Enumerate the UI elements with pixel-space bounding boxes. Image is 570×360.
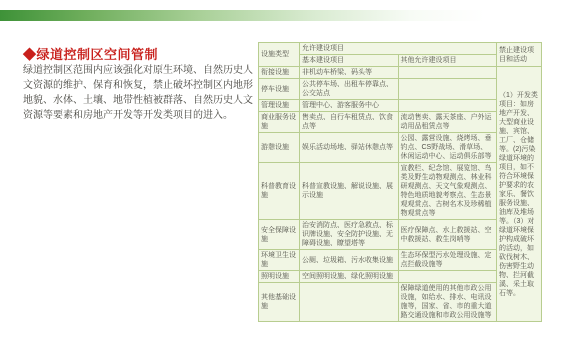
header-facility-type: 设施类型 — [259, 43, 300, 67]
facility-type-cell: 游憩设施 — [259, 133, 300, 163]
basic-projects-cell: 科普宣教设施、解说设施、展示设施 — [300, 163, 399, 220]
other-projects-cell: 流动售卖、露天茶座、户外运动用品租赁点等 — [398, 112, 497, 133]
other-projects-cell — [398, 100, 497, 112]
header-other-projects: 其他允许建设项目 — [398, 55, 497, 67]
section-heading: ◆绿道控制区空间管制 — [23, 44, 158, 63]
facility-type-cell: 商业服务设施 — [259, 112, 300, 133]
other-projects-cell — [398, 271, 497, 283]
facility-type-cell: 其他基础设施 — [259, 283, 300, 322]
intro-paragraph: 绿道控制区范围内应该强化对原生环境、自然历史人文资源的维护、保育和恢复，禁止破坏… — [23, 63, 253, 123]
forbidden-projects-cell: （1）开发类项目：如房地产开发、大型商业设施、宾馆、工厂、仓储等。(2)污染绿道… — [497, 67, 542, 322]
basic-projects-cell: 非机动车桥梁、码头等 — [300, 67, 399, 79]
header-forbidden-projects: 禁止建设项目和活动 — [497, 43, 542, 67]
facility-type-cell: 环境卫生设施 — [259, 250, 300, 271]
basic-projects-cell: 管理中心、游客服务中心 — [300, 100, 399, 112]
basic-projects-cell: 售卖点、自行车租赁点、饮食点等 — [300, 112, 399, 133]
facility-type-cell: 安全保障设施 — [259, 220, 300, 250]
basic-projects-cell: 娱乐活动场地、驿站休憩点等 — [300, 133, 399, 163]
other-projects-cell: 公园、露营设施、烧烤场、垂钓点、CS野战场、滑草场、休闲运动中心、运动俱乐部等 — [398, 133, 497, 163]
document-page: ◆绿道控制区空间管制 绿道控制区范围内应该强化对原生环境、自然历史人文资源的维护… — [0, 0, 570, 360]
other-projects-cell: 医疗保障点、水上救援站、空中救援站、救生岗哨等 — [398, 220, 497, 250]
facility-control-table: 设施类型 允许建设项目 禁止建设项目和活动 基本建设项目 其他允许建设项目 衔接… — [258, 42, 542, 322]
other-projects-cell — [398, 67, 497, 79]
facility-type-cell: 停车设施 — [259, 79, 300, 100]
table-row: 衔接设施 非机动车桥梁、码头等 （1）开发类项目：如房地产开发、大型商业设施、宾… — [259, 67, 542, 79]
basic-projects-cell: 公共停车场、出租车停靠点、公交站点 — [300, 79, 399, 100]
control-table-container: 设施类型 允许建设项目 禁止建设项目和活动 基本建设项目 其他允许建设项目 衔接… — [258, 42, 542, 322]
table-header-row-1: 设施类型 允许建设项目 禁止建设项目和活动 — [259, 43, 542, 55]
top-gradient-bar — [0, 10, 570, 21]
other-projects-cell — [398, 79, 497, 100]
header-basic-projects: 基本建设项目 — [300, 55, 399, 67]
other-projects-cell: 生态环保型污水处理设施、定点拦截设施等 — [398, 250, 497, 271]
facility-type-cell: 照明设施 — [259, 271, 300, 283]
header-allowed-projects: 允许建设项目 — [300, 43, 497, 55]
facility-type-cell: 管理设施 — [259, 100, 300, 112]
basic-projects-cell: 治安消防点、医疗急救点、标识牌设施、安全防护设施、无障碍设施、瞭望塔等 — [300, 220, 399, 250]
basic-projects-cell — [300, 283, 399, 322]
basic-projects-cell: 公厕、垃圾箱、污水收集设施 — [300, 250, 399, 271]
facility-type-cell: 衔接设施 — [259, 67, 300, 79]
other-projects-cell: 保障绿道使用的其他市政公用设施，如给水、排水、电讯设施等，国家、省、市的重大道路… — [398, 283, 497, 322]
facility-type-cell: 科普教育设施 — [259, 163, 300, 220]
basic-projects-cell: 空间照明设施、绿化照明设施 — [300, 271, 399, 283]
other-projects-cell: 宣教栏、纪念馆、展览馆、鸟类及野生动物观测点、林业科研观测点、天文气象观测点、特… — [398, 163, 497, 220]
